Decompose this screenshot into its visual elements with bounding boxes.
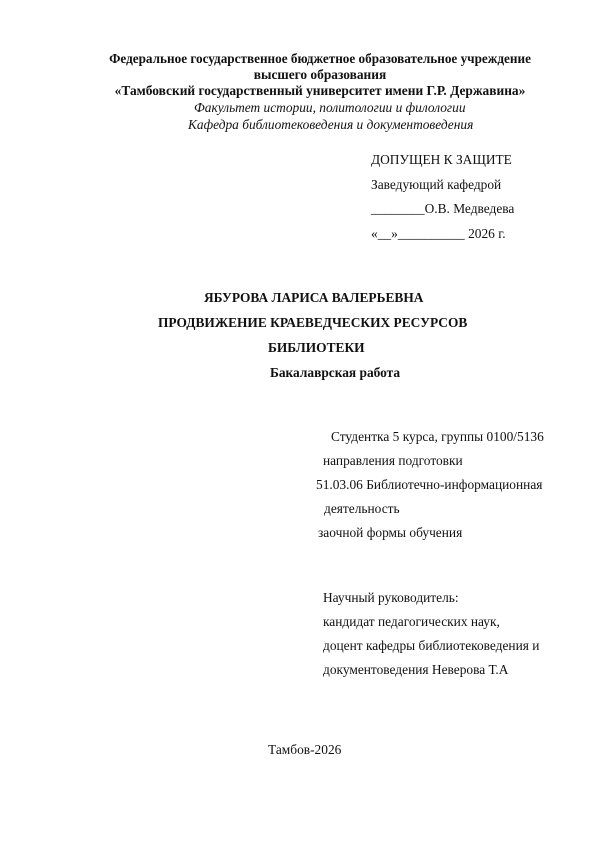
work-type: Бакалаврская работа bbox=[270, 365, 400, 381]
title-page: Федеральное государственное бюджетное об… bbox=[0, 0, 595, 841]
thesis-topic-line2: БИБЛИОТЕКИ bbox=[268, 340, 365, 356]
supervisor-degree: кандидат педагогических наук, bbox=[323, 614, 500, 630]
thesis-topic-line1: ПРОДВИЖЕНИЕ КРАЕВЕДЧЕСКИХ РЕСУРСОВ bbox=[158, 315, 467, 331]
supervisor-name: документоведения Неверова Т.А bbox=[323, 662, 508, 678]
student-direction-name: деятельность bbox=[324, 501, 400, 517]
approval-date: «__»__________ 2026 г. bbox=[371, 226, 506, 242]
student-direction-code: 51.03.06 Библиотечно-информационная bbox=[316, 477, 542, 493]
education-level-line: высшего образования bbox=[0, 67, 595, 83]
city-year: Тамбов-2026 bbox=[268, 742, 341, 758]
supervisor-position: доцент кафедры библиотековедения и bbox=[323, 638, 539, 654]
supervisor-label: Научный руководитель: bbox=[323, 590, 459, 606]
approval-title: ДОПУЩЕН К ЗАЩИТЕ bbox=[371, 152, 512, 168]
faculty-name: Факультет истории, политологии и филолог… bbox=[194, 100, 466, 116]
institution-line: Федеральное государственное бюджетное об… bbox=[0, 51, 595, 67]
approval-position: Заведующий кафедрой bbox=[371, 177, 501, 193]
university-name: «Тамбовский государственный университет … bbox=[0, 83, 595, 99]
student-direction-label: направления подготовки bbox=[323, 453, 463, 469]
student-study-form: заочной формы обучения bbox=[318, 525, 462, 541]
author-name: ЯБУРОВА ЛАРИСА ВАЛЕРЬЕВНА bbox=[204, 290, 423, 306]
approval-signature: ________О.В. Медведева bbox=[371, 201, 514, 217]
student-course-group: Студентка 5 курса, группы 0100/5136 bbox=[331, 429, 544, 445]
department-name: Кафедра библиотековедения и документовед… bbox=[188, 117, 473, 133]
